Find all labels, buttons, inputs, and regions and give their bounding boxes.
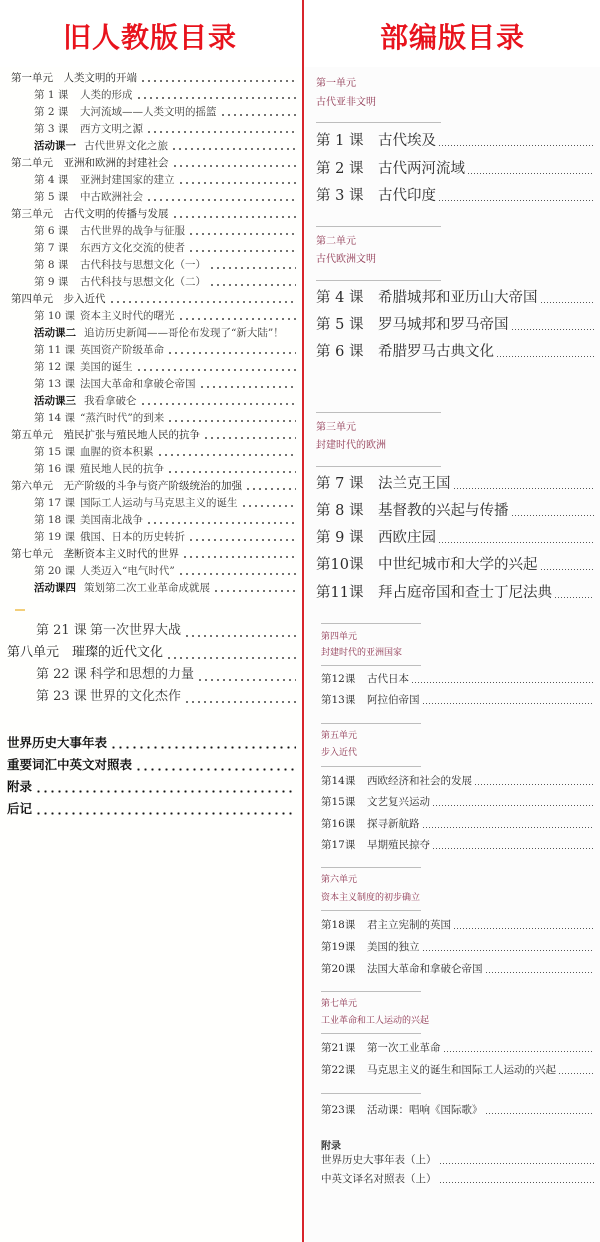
unit-number: 第七单元 <box>321 997 357 1011</box>
toc-unit: 第七单元 垄断资本主义时代的世界 <box>0 546 296 563</box>
page-edge-mark <box>15 609 25 611</box>
toc-lesson: 第 7 课法兰克王国 <box>316 473 594 495</box>
toc-unit: 第二单元 亚洲和欧洲的封建社会 <box>0 155 296 172</box>
unit-rule <box>321 723 421 724</box>
toc-lesson: 第 8 课古代科技与思想文化（一） <box>0 257 296 274</box>
toc-lesson: 第 1 课古代埃及 <box>316 130 594 152</box>
toc-back-matter: 世界历史大事年表 <box>0 732 296 754</box>
unit-number: 第一单元 <box>316 77 356 91</box>
toc-lesson: 第 17 课国际工人运动与马克思主义的诞生 <box>0 495 296 512</box>
unit-title: 封建时代的亚洲国家 <box>321 646 402 660</box>
toc-lesson: 第 18 课美国南北战争 <box>0 512 296 529</box>
unit-rule <box>316 226 441 227</box>
toc-lesson: 第12课古代日本 <box>321 671 594 687</box>
toc-lesson: 第15课文艺复兴运动 <box>321 794 594 810</box>
unit-rule <box>321 665 421 666</box>
toc-lesson: 第13课阿拉伯帝国 <box>321 692 594 708</box>
unit-rule <box>321 1033 421 1034</box>
unit-rule <box>321 867 421 868</box>
toc-activity: 活动课二追访历史新闻——哥伦布发现了“新大陆”！ <box>0 325 296 342</box>
unit-rule <box>316 466 441 467</box>
unit-rule <box>321 766 421 767</box>
toc-lesson: 第 11 课英国资产阶级革命 <box>0 342 296 359</box>
unit-title: 工业革命和工人运动的兴起 <box>321 1014 429 1028</box>
toc-lesson: 第 21 课第一次世界大战 <box>0 620 296 642</box>
unit-rule <box>321 1093 421 1094</box>
unit-rule <box>321 991 421 992</box>
unit-number: 第四单元 <box>321 630 357 644</box>
toc-lesson: 第 8 课基督教的兴起与传播 <box>316 500 594 522</box>
toc-lesson: 第14课西欧经济和社会的发展 <box>321 773 594 789</box>
toc-lesson: 第18课君主立宪制的英国 <box>321 917 594 933</box>
unit-number: 第六单元 <box>321 873 357 887</box>
toc-lesson: 第 5 课中古欧洲社会 <box>0 189 296 206</box>
unit-rule <box>316 280 441 281</box>
toc-lesson: 第 16 课殖民地人民的抗争 <box>0 461 296 478</box>
toc-lesson: 第17课早期殖民掠夺 <box>321 837 594 853</box>
appendix-label: 附录 <box>321 1137 341 1152</box>
toc-lesson: 第 1 课人类的形成 <box>0 87 296 104</box>
unit-rule <box>321 910 421 911</box>
toc-back-matter: 重要词汇中英文对照表 <box>0 754 296 776</box>
center-divider <box>302 0 304 1242</box>
unit-title: 古代亚非文明 <box>316 96 376 110</box>
toc-lesson: 第 23 课世界的文化杰作 <box>0 686 296 708</box>
toc-unit: 第八单元 璀璨的近代文化 <box>0 642 296 664</box>
toc-lesson: 第10课中世纪城市和大学的兴起 <box>316 554 594 576</box>
toc-lesson: 第 5 课罗马城邦和罗马帝国 <box>316 314 594 336</box>
toc-unit: 第三单元 古代文明的传播与发展 <box>0 206 296 223</box>
new-edition-title: 部编版目录 <box>305 18 600 58</box>
toc-lesson: 第 12 课美国的诞生 <box>0 359 296 376</box>
toc-activity: 活动课四策划第二次工业革命成就展 <box>0 580 296 597</box>
toc-appendix-item: 中英文译名对照表（上） <box>321 1171 594 1187</box>
toc-lesson: 第 19 课俄国、日本的历史转折 <box>0 529 296 546</box>
toc-lesson: 第 4 课希腊城邦和亚历山大帝国 <box>316 287 594 309</box>
toc-lesson: 第 3 课古代印度 <box>316 185 594 207</box>
toc-lesson: 第20课法国大革命和拿破仑帝国 <box>321 961 594 977</box>
toc-lesson: 第 2 课大河流域——人类文明的摇篮 <box>0 104 296 121</box>
toc-lesson: 第16课探寻新航路 <box>321 816 594 832</box>
toc-activity: 活动课一古代世界文化之旅 <box>0 138 296 155</box>
old-edition-toc: 第一单元 人类文明的开端 第 1 课人类的形成 第 2 课大河流域——人类文明的… <box>0 67 300 1242</box>
toc-unit: 第六单元 无产阶级的斗争与资产阶级统治的加强 <box>0 478 296 495</box>
toc-lesson: 第21课第一次工业革命 <box>321 1040 594 1056</box>
toc-lesson: 第 10 课资本主义时代的曙光 <box>0 308 296 325</box>
old-edition-title: 旧人教版目录 <box>0 18 300 58</box>
toc-activity-lesson: 第23课活动课：唱响《国际歌》 <box>321 1102 594 1118</box>
toc-appendix-item: 世界历史大事年表（上） <box>321 1152 594 1168</box>
unit-title: 封建时代的欧洲 <box>316 439 386 453</box>
toc-lesson: 第19课美国的独立 <box>321 939 594 955</box>
toc-activity: 活动课三我看拿破仑 <box>0 393 296 410</box>
toc-back-matter: 后记 <box>0 798 296 820</box>
toc-unit: 第四单元 步入近代 <box>0 291 296 308</box>
unit-rule <box>321 623 421 624</box>
toc-unit: 第五单元 殖民扩张与殖民地人民的抗争 <box>0 427 296 444</box>
toc-lesson: 第 7 课东西方文化交流的使者 <box>0 240 296 257</box>
toc-lesson: 第 13 课法国大革命和拿破仑帝国 <box>0 376 296 393</box>
toc-lesson: 第 14 课“蒸汽时代”的到来 <box>0 410 296 427</box>
unit-number: 第二单元 <box>316 235 356 249</box>
toc-lesson: 第11课拜占庭帝国和查士丁尼法典 <box>316 582 594 604</box>
unit-number: 第三单元 <box>316 421 356 435</box>
toc-lesson: 第 22 课科学和思想的力量 <box>0 664 296 686</box>
toc-lesson: 第 9 课西欧庄园 <box>316 527 594 549</box>
toc-unit: 第一单元 人类文明的开端 <box>0 70 296 87</box>
toc-lesson: 第 9 课古代科技与思想文化（二） <box>0 274 296 291</box>
toc-lesson: 第 4 课亚洲封建国家的建立 <box>0 172 296 189</box>
toc-lesson: 第 6 课古代世界的战争与征服 <box>0 223 296 240</box>
toc-back-matter: 附录 <box>0 776 296 798</box>
toc-lesson: 第22课马克思主义的诞生和国际工人运动的兴起 <box>321 1062 594 1078</box>
toc-lesson: 第 15 课血腥的资本积累 <box>0 444 296 461</box>
toc-lesson: 第 2 课古代两河流域 <box>316 158 594 180</box>
unit-title: 步入近代 <box>321 746 357 760</box>
new-edition-toc: 第一单元 古代亚非文明 第 1 课古代埃及 第 2 课古代两河流域 第 3 课古… <box>305 67 600 1242</box>
unit-rule <box>316 122 441 123</box>
toc-lesson: 第 3 课西方文明之源 <box>0 121 296 138</box>
unit-number: 第五单元 <box>321 729 357 743</box>
toc-lesson: 第 6 课希腊罗马古典文化 <box>316 341 594 363</box>
unit-title: 古代欧洲文明 <box>316 253 376 267</box>
unit-rule <box>316 412 441 413</box>
toc-lesson: 第 20 课人类迈入“电气时代” <box>0 563 296 580</box>
unit-title: 资本主义制度的初步确立 <box>321 891 420 905</box>
